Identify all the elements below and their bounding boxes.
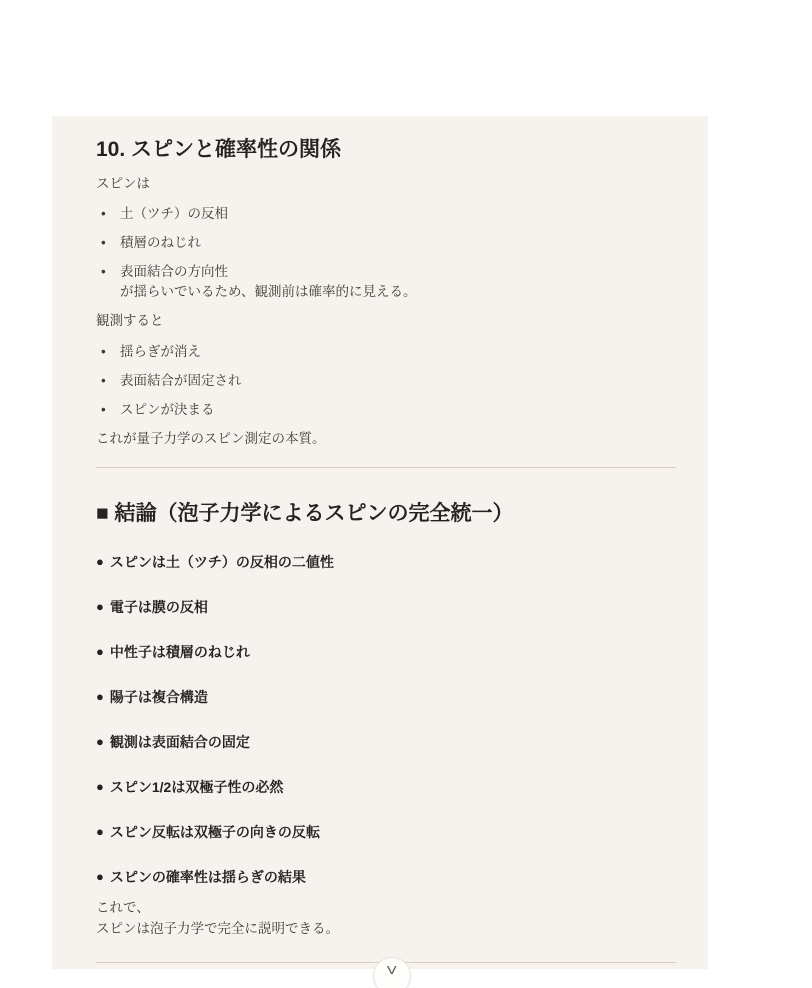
bullet-icon: • [96, 371, 120, 391]
conclusion-point-text: スピンの確率性は揺らぎの結果 [110, 866, 306, 888]
bullet-list-spin-factors: • 土（ツチ）の反相 • 積層のねじれ • 表面結合の方向性 が揺らいでいるため… [96, 204, 676, 302]
list-item-text: 表面結合の方向性 が揺らいでいるため、観測前は確率的に見える。 [120, 262, 676, 302]
conclusion-heading: ■ 結論（泡子力学によるスピンの完全統一） [96, 500, 676, 528]
list-item: • スピンが決まる [96, 400, 676, 420]
list-item-line2: が揺らいでいるため、観測前は確率的に見える。 [120, 282, 676, 302]
conclusion-point-text: 電子は膜の反相 [110, 596, 208, 618]
list-item: • 土（ツチ）の反相 [96, 204, 676, 224]
conclusion-point: ● スピン反転は双極子の向きの反転 [96, 821, 676, 843]
bullet-icon: • [96, 233, 120, 253]
conclusion-point: ● 中性子は積層のねじれ [96, 641, 676, 663]
chevron-down-icon: ᐯ [387, 966, 397, 977]
list-item-text: スピンが決まる [120, 400, 676, 420]
conclusion-point: ● スピン1/2は双極子性の必然 [96, 776, 676, 798]
filled-bullet-icon: ● [96, 821, 104, 843]
conclusion-point-text: 観測は表面結合の固定 [110, 731, 250, 753]
bullet-icon: • [96, 400, 120, 420]
filled-bullet-icon: ● [96, 686, 104, 708]
bullet-list-observation: • 揺らぎが消え • 表面結合が固定され • スピンが決まる [96, 342, 676, 420]
conclusion-point: ● 陽子は複合構造 [96, 686, 676, 708]
scroll-to-bottom-button[interactable]: ᐯ [373, 957, 411, 988]
list-item-text: 積層のねじれ [120, 233, 676, 253]
conclusion-point-text: スピンは土（ツチ）の反相の二値性 [110, 551, 334, 573]
list-item-text: 揺らぎが消え [120, 342, 676, 362]
list-item: • 積層のねじれ [96, 233, 676, 253]
bullet-icon: • [96, 342, 120, 362]
filled-bullet-icon: ● [96, 866, 104, 888]
section-heading-spin-probability: 10. スピンと確率性の関係 [96, 136, 676, 164]
closing-line2: スピンは泡子力学で完全に説明できる。 [96, 918, 676, 939]
list-item-line1: 表面結合の方向性 [120, 262, 676, 282]
filled-bullet-icon: ● [96, 776, 104, 798]
section-divider [96, 467, 676, 468]
conclusion-point-text: 中性子は積層のねじれ [110, 641, 250, 663]
conclusion-point: ● 観測は表面結合の固定 [96, 731, 676, 753]
conclusion-point: ● 電子は膜の反相 [96, 596, 676, 618]
filled-bullet-icon: ● [96, 551, 104, 573]
bullet-icon: • [96, 204, 120, 224]
intro-paragraph: スピンは [96, 174, 676, 194]
list-item: • 表面結合の方向性 が揺らいでいるため、観測前は確率的に見える。 [96, 262, 676, 302]
bullet-icon: • [96, 262, 120, 282]
list-item: • 揺らぎが消え [96, 342, 676, 362]
conclusion-point: ● スピンは土（ツチ）の反相の二値性 [96, 551, 676, 573]
filled-bullet-icon: ● [96, 731, 104, 753]
conclusion-point-text: スピン1/2は双極子性の必然 [110, 776, 283, 798]
conclusion-point-text: 陽子は複合構造 [110, 686, 208, 708]
section2-closing: これで、 スピンは泡子力学で完全に説明できる。 [96, 897, 676, 939]
conclusion-point-text: スピン反転は双極子の向きの反転 [110, 821, 320, 843]
observe-lead-paragraph: 観測すると [96, 311, 676, 331]
list-item: • 表面結合が固定され [96, 371, 676, 391]
section1-closing: これが量子力学のスピン測定の本質。 [96, 429, 676, 449]
list-item-text: 表面結合が固定され [120, 371, 676, 391]
closing-line1: これで、 [96, 897, 676, 918]
conclusion-point: ● スピンの確率性は揺らぎの結果 [96, 866, 676, 888]
list-item-text: 土（ツチ）の反相 [120, 204, 676, 224]
document-panel: 10. スピンと確率性の関係 スピンは • 土（ツチ）の反相 • 積層のねじれ … [52, 116, 708, 969]
filled-bullet-icon: ● [96, 641, 104, 663]
page: 10. スピンと確率性の関係 スピンは • 土（ツチ）の反相 • 積層のねじれ … [0, 0, 812, 988]
filled-bullet-icon: ● [96, 596, 104, 618]
